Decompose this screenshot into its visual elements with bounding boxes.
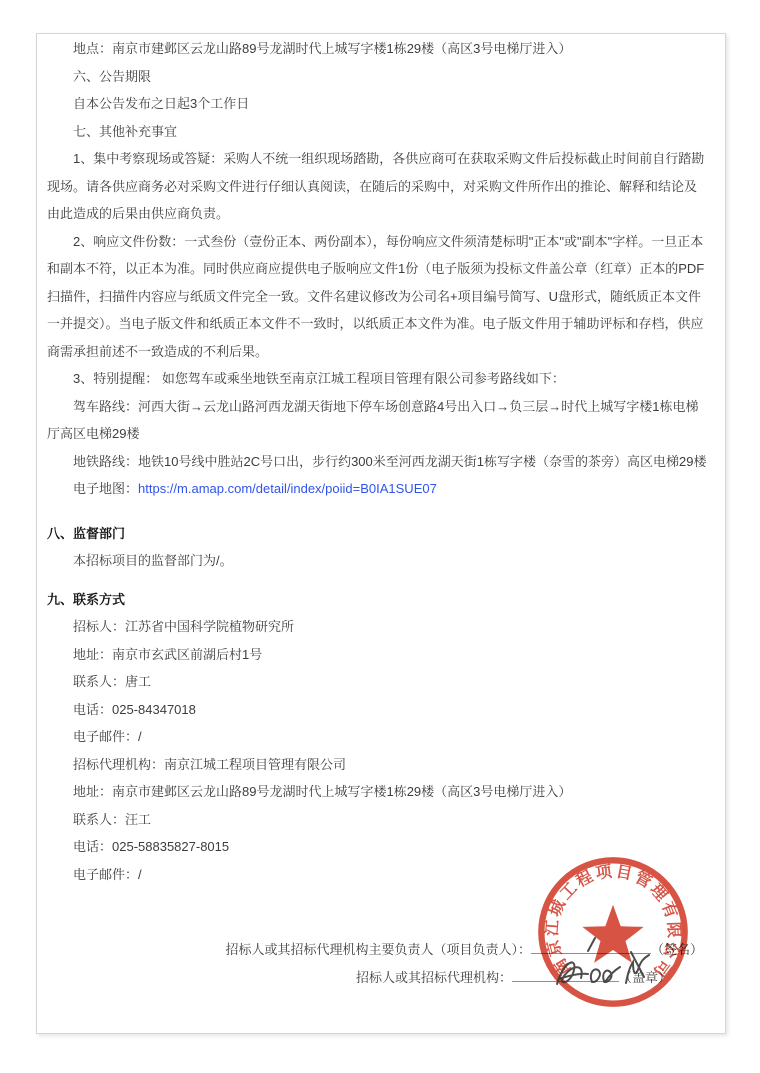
contact-agency-phone: 电话：025-58835827-8015 [47, 833, 707, 861]
contact-tenderee-phone: 电话：025-84347018 [47, 696, 707, 724]
spacer [47, 888, 707, 936]
paragraph-response-copies: 2、响应文件份数：一式叁份（壹份正本、两份副本），每份响应文件须清楚标明"正本"… [47, 228, 707, 366]
line-location: 地点：南京市建邺区云龙山路89号龙湖时代上城写字楼1栋29楼（高区3号电梯厅进入… [47, 35, 707, 63]
section-7-title: 七、其他补充事宜 [47, 118, 707, 146]
document-page: 地点：南京市建邺区云龙山路89号龙湖时代上城写字楼1栋29楼（高区3号电梯厅进入… [36, 33, 726, 1034]
signature-blank-line [531, 941, 651, 954]
emap-link[interactable]: https://m.amap.com/detail/index/poiid=B0… [138, 481, 437, 496]
contact-agency: 招标代理机构：南京江城工程项目管理有限公司 [47, 751, 707, 779]
section-6-body: 自本公告发布之日起3个工作日 [47, 90, 707, 118]
contact-tenderee-email: 电子邮件：/ [47, 723, 707, 751]
contact-agency-email: 电子邮件：/ [47, 861, 707, 889]
contact-agency-address: 地址：南京市建邺区云龙山路89号龙湖时代上城写字楼1栋29楼（高区3号电梯厅进入… [47, 778, 707, 806]
section-8-body: 本招标项目的监督部门为/。 [47, 547, 707, 575]
paragraph-special-reminder: 3、特别提醒： 如您驾车或乘坐地铁至南京江城工程项目管理有限公司参考路线如下： [47, 365, 707, 393]
contact-tenderee-person: 联系人：唐工 [47, 668, 707, 696]
paragraph-driving-route: 驾车路线：河西大街→云龙山路河西龙湖天街地下停车场创意路4号出入口→负三层→时代… [47, 393, 707, 448]
signature-line-principal-suffix: （签名） [651, 942, 703, 957]
signature-line-agency-label: 招标人或其招标代理机构： [356, 970, 512, 985]
signature-line-principal: 招标人或其招标代理机构主要负责人（项目负责人）：（签名） [47, 936, 707, 964]
contact-agency-person: 联系人：汪工 [47, 806, 707, 834]
section-8-heading: 八、监督部门 [47, 520, 707, 548]
signature-line-agency-suffix: （盖章） [619, 970, 671, 985]
section-6-title: 六、公告期限 [47, 63, 707, 91]
seal-blank-line [512, 969, 619, 982]
line-emap: 电子地图：https://m.amap.com/detail/index/poi… [47, 475, 707, 503]
signature-line-agency: 招标人或其招标代理机构：（盖章） [47, 964, 707, 992]
signature-line-principal-label: 招标人或其招标代理机构主要负责人（项目负责人）： [225, 942, 531, 957]
contact-tenderee-address: 地址：南京市玄武区前湖后村1号 [47, 641, 707, 669]
paragraph-site-visit: 1、集中考察现场或答疑：采购人不统一组织现场踏勘，各供应商可在获取采购文件后投标… [47, 145, 707, 228]
section-9-heading: 九、联系方式 [47, 586, 707, 614]
contact-tenderee: 招标人：江苏省中国科学院植物研究所 [47, 613, 707, 641]
emap-label: 电子地图： [73, 481, 138, 496]
paragraph-metro-route: 地铁路线：地铁10号线中胜站2C号口出，步行约300米至河西龙湖天街1栋写字楼（… [47, 448, 707, 476]
